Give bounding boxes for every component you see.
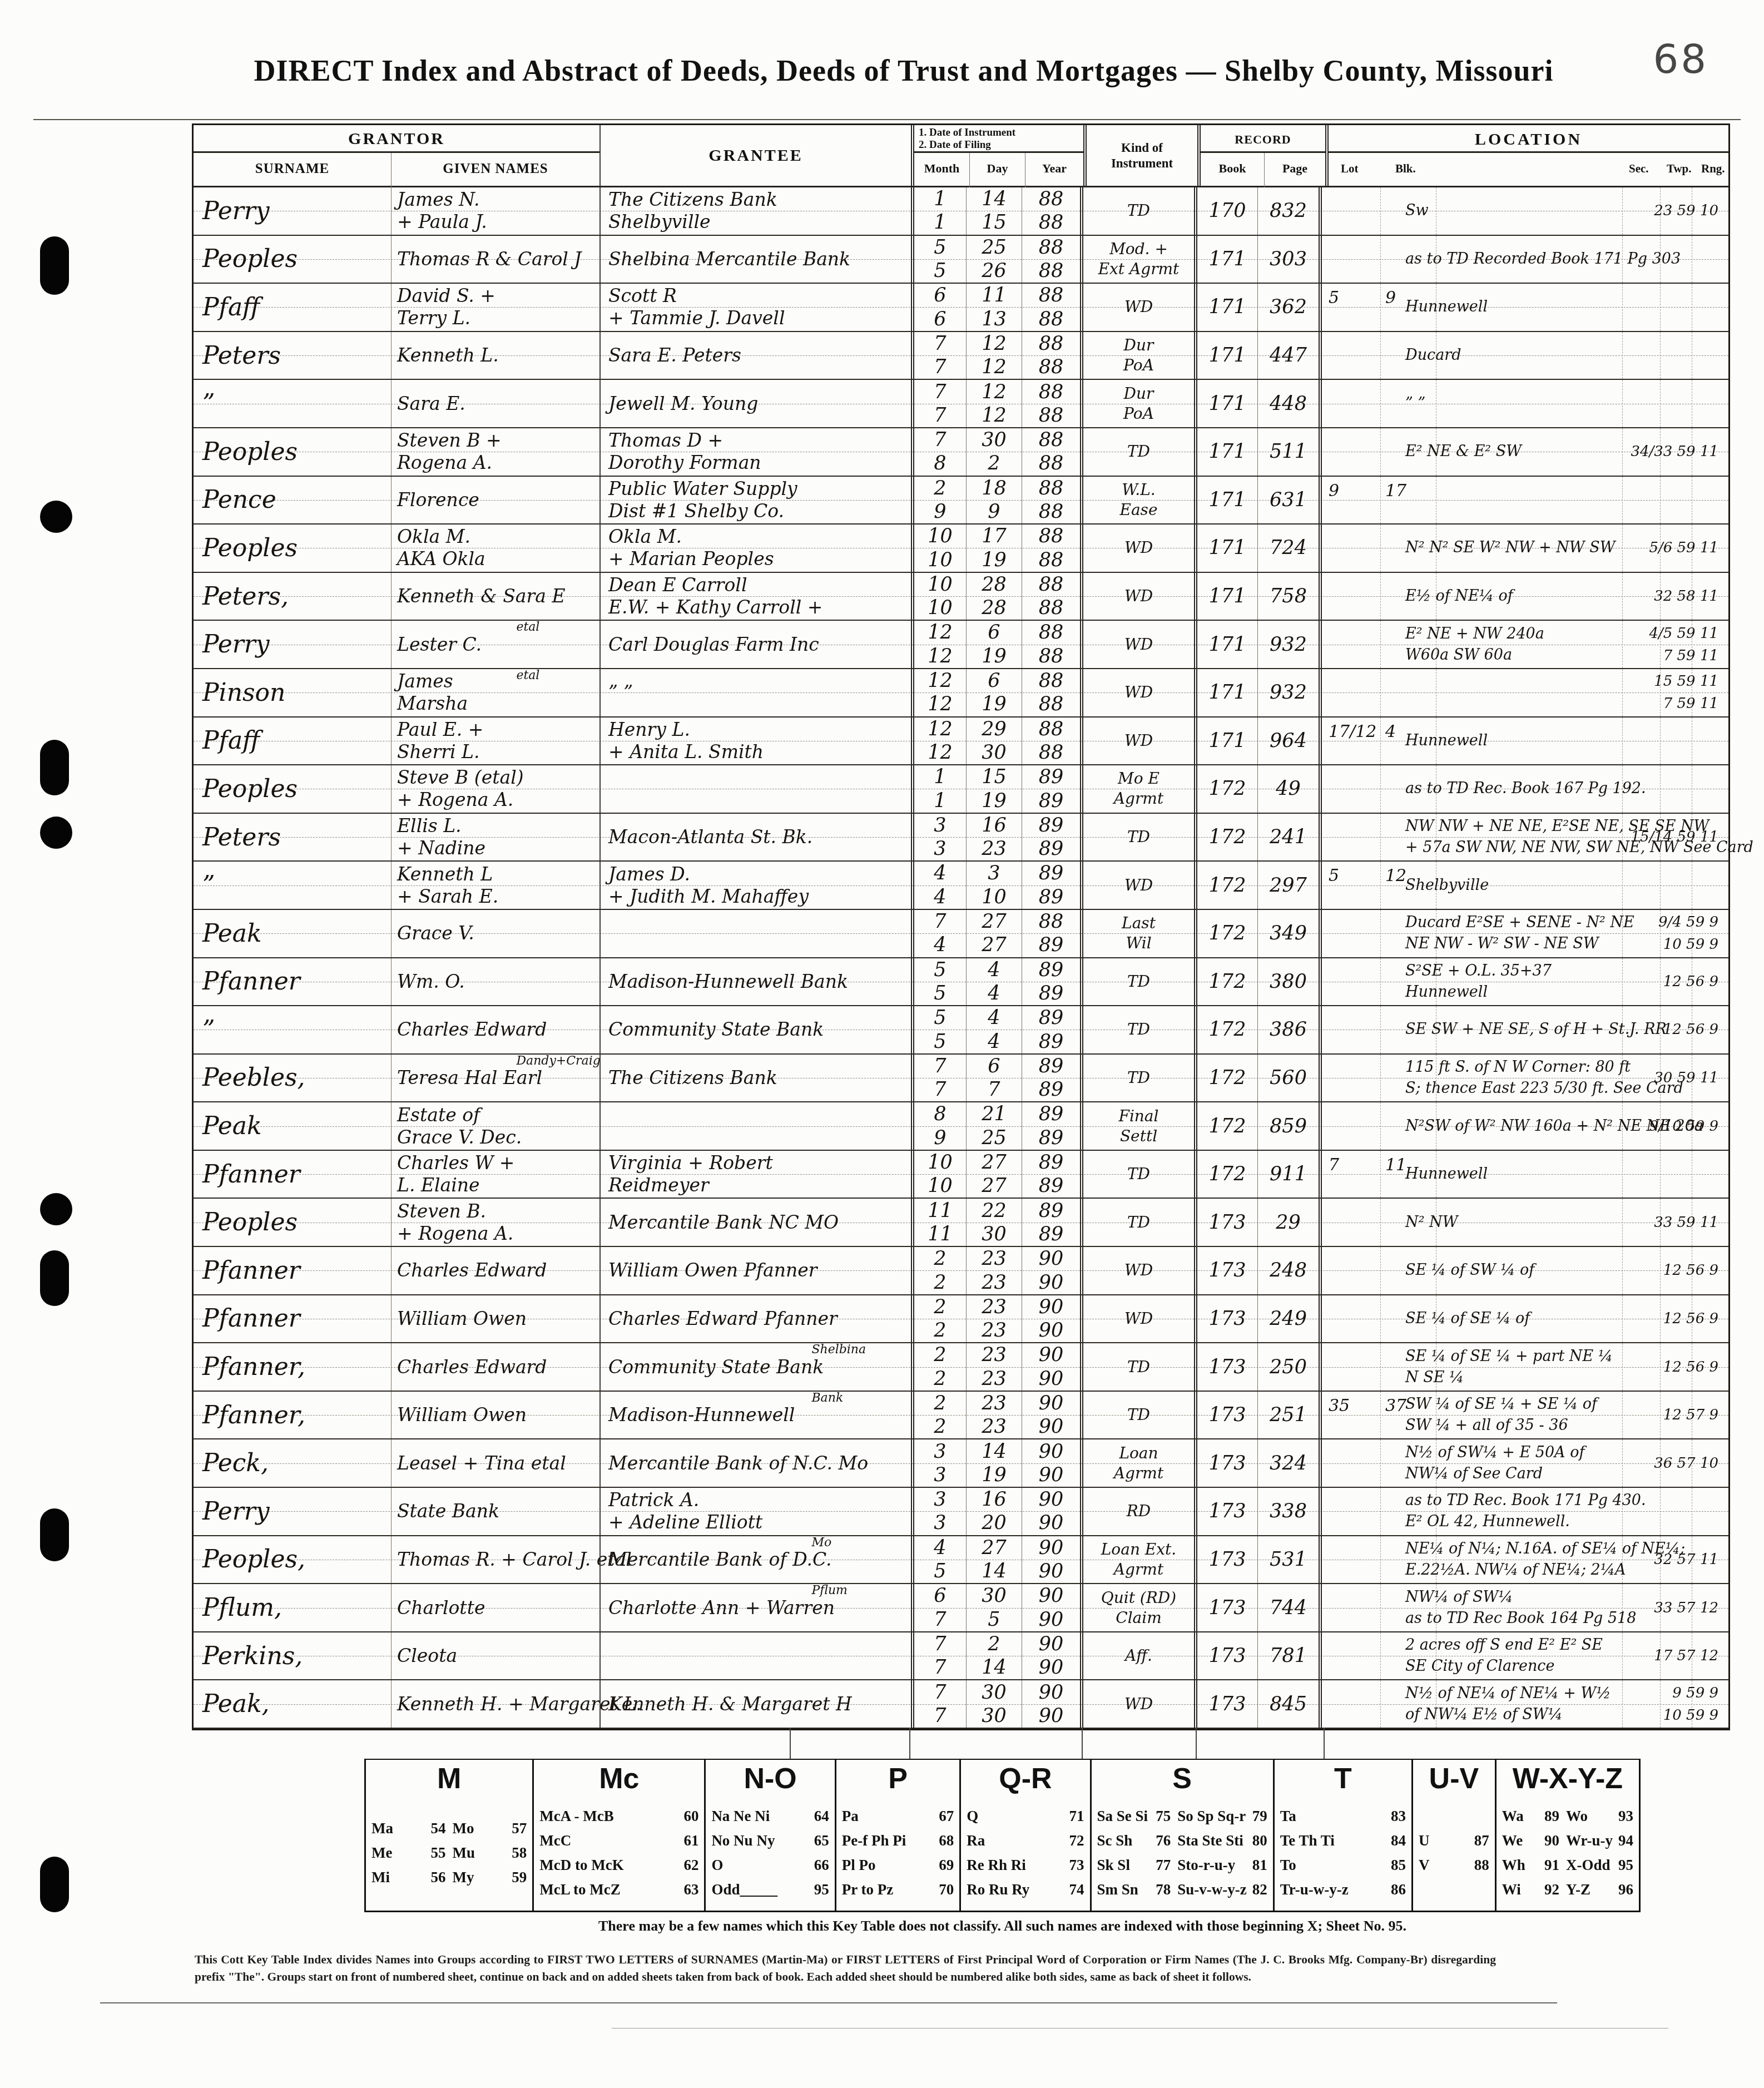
kind-line: WD	[1124, 1309, 1153, 1329]
date-day: 27 14	[966, 1536, 1022, 1584]
blk-location-divider	[1436, 380, 1436, 427]
date-day: 30 30	[966, 1680, 1022, 1728]
day-filing: 23	[967, 1367, 1022, 1391]
grantor-given-line1: Okla M.	[397, 526, 599, 548]
key-entry-number: 95	[814, 1877, 829, 1902]
day-filing: 23	[967, 837, 1022, 860]
key-group-title: S	[1097, 1762, 1267, 1795]
date-day: 27 27	[966, 1151, 1022, 1198]
location-sec-divider	[1622, 718, 1623, 765]
key-entry: Ta83	[1280, 1804, 1406, 1828]
key-entry: My59	[453, 1865, 527, 1889]
record-page: 362	[1257, 284, 1319, 331]
date-month: 2 2	[911, 1392, 966, 1439]
sec-twp-rng-values: 9 59 910 59 9	[1663, 1680, 1718, 1728]
date-month: 2 2	[911, 1343, 966, 1391]
sec-twp-rng-values: 34/33 59 11	[1631, 428, 1718, 476]
loc-line: NW¼ of See Card	[1405, 1463, 1584, 1485]
day-filing: 19	[967, 692, 1022, 716]
grantee-line2: + Tammie J. Davell	[608, 307, 911, 329]
month-filing: 12	[914, 741, 966, 764]
month-filing: 3	[914, 1511, 966, 1535]
year-filing: 89	[1022, 837, 1080, 860]
grantor-note: Dandy+Craig	[516, 1055, 600, 1068]
grantor-surname: Pfanner	[194, 958, 391, 1006]
key-entry-label: Sm Sn	[1097, 1877, 1138, 1902]
kind-line: WD	[1124, 586, 1153, 606]
key-group: T Ta83Te Th Ti84To85Tr-u-w-y-z86	[1273, 1760, 1411, 1911]
grantor-given-line2: Grace V. Dec.	[397, 1126, 599, 1149]
kind-line: WD	[1124, 731, 1153, 751]
location-text: Hunnewell	[1405, 718, 1488, 765]
year-filing: 88	[1022, 645, 1080, 668]
key-group-columns: Pa67Pe-f Ph Pi68Pl Po69Pr to Pz70	[842, 1795, 954, 1909]
key-table-groups: M Ma54Me55Mi56Mo57Mu58My59 Mc McA - McB6…	[364, 1759, 1641, 1912]
date-month: 10 10	[911, 573, 966, 620]
loc-line: as to TD Rec. Book 167 Pg 192.	[1405, 778, 1646, 799]
year-filing: 90	[1022, 1319, 1080, 1342]
grantee-line2: Dist #1 Shelby Co.	[608, 500, 911, 522]
lot-blk-divider	[1380, 958, 1381, 1006]
sec-line: 5/6 59 11	[1649, 537, 1718, 559]
grantee: Virginia + Robert Reidmeyer	[599, 1151, 911, 1198]
location-sec-divider	[1622, 958, 1623, 1006]
day-instrument: 3	[967, 862, 1022, 885]
location-area: ” ”	[1319, 380, 1722, 427]
day-filing: 23	[967, 1319, 1022, 1342]
grantor-given-line1: Charlotte	[397, 1597, 599, 1619]
key-entry-number: 80	[1252, 1828, 1267, 1853]
key-group: S Sa Se Si75Sc Sh76Sk Sl77Sm Sn78So Sp S…	[1090, 1760, 1273, 1911]
location-text: N½ of SW¼ + E 50A ofNW¼ of See Card	[1405, 1439, 1584, 1487]
record-page: 932	[1257, 621, 1319, 668]
lot-value: 35	[1329, 1396, 1350, 1416]
loc-line: E² NE + NW 240a	[1405, 624, 1544, 645]
key-entry-number: 57	[512, 1816, 527, 1840]
header-kind-line1: Kind of	[1121, 140, 1163, 156]
grantor-given-names: Steve B (etal) + Rogena A.	[391, 765, 599, 813]
grantee: Okla M. + Marian Peoples	[599, 525, 911, 572]
grantee-line1: Macon-Atlanta St. Bk.	[608, 826, 911, 848]
grantor-surname: ”	[194, 862, 391, 909]
key-entry-number: 89	[1544, 1804, 1559, 1828]
year-instrument: 88	[1022, 380, 1080, 403]
grantor-surname: Peebles,	[194, 1055, 391, 1102]
loc-line: N½ of SW¼ + E 50A of	[1405, 1442, 1584, 1463]
grantor-surname: ”	[194, 1006, 391, 1053]
grantor-given-line2: Marsha	[397, 692, 599, 715]
location-area: as to TD Rec. Book 171 Pg 430.E² OL 42, …	[1319, 1488, 1722, 1535]
key-entry: To85	[1280, 1853, 1406, 1877]
key-entry: Re Rh Ri73	[967, 1853, 1084, 1877]
header-date-line2: 2. Date of Filing	[919, 139, 1083, 151]
kind-of-instrument: TD	[1080, 814, 1194, 861]
day-filing: 25	[967, 1126, 1022, 1150]
key-entry-label: Pe-f Ph Pi	[842, 1828, 906, 1853]
sec-line: 12 56 9	[1663, 1356, 1718, 1378]
header-dates-group: 1. Date of Instrument 2. Date of Filing …	[911, 125, 1083, 186]
loc-line: as to TD Rec Book 164 Pg 518	[1405, 1608, 1636, 1629]
year-instrument: 90	[1022, 1632, 1080, 1656]
grantee-line2: E.W. + Kathy Carroll +	[608, 596, 911, 619]
date-year: 88 88	[1022, 428, 1080, 476]
grantee-line1: Henry L.	[608, 719, 911, 741]
grantee: Shelbina Mercantile Bank	[599, 236, 911, 283]
day-instrument: 4	[967, 958, 1022, 982]
sheet-number: 68	[1653, 36, 1708, 82]
grantee-line1: Shelbina Mercantile Bank	[608, 248, 911, 270]
record-page: 911	[1257, 1151, 1319, 1198]
grantor-surname: Perry	[194, 1488, 391, 1535]
location-sec-divider	[1622, 1151, 1623, 1198]
hole-punch-mark	[40, 740, 69, 795]
date-month: 12 12	[911, 669, 966, 716]
key-entry-label: O	[711, 1853, 723, 1877]
table-row: Pfaff David S. + Terry L. Scott R + Tamm…	[194, 284, 1728, 332]
kind-line: Dur	[1124, 384, 1154, 404]
grantee: Community State Bank	[599, 1006, 911, 1053]
day-instrument: 17	[967, 525, 1022, 548]
table-row: Pfanner Charles W + L. Elaine Virginia +…	[194, 1151, 1728, 1199]
key-entry-number: 79	[1252, 1804, 1267, 1828]
key-entry-label: Y-Z	[1566, 1877, 1590, 1902]
date-year: 88 88	[1022, 332, 1080, 379]
kind-of-instrument: TD	[1080, 428, 1194, 476]
lot-blk-divider	[1380, 525, 1381, 572]
day-filing: 14	[967, 1656, 1022, 1679]
kind-line: TD	[1127, 1405, 1150, 1425]
grantee-line1: Madison-Hunnewell Bank	[608, 971, 911, 993]
key-entry-number: 96	[1618, 1877, 1633, 1902]
date-month: 4 4	[911, 862, 966, 909]
grantor-note: etal	[516, 621, 539, 634]
date-day: 25 26	[966, 236, 1022, 283]
blk-location-divider	[1436, 669, 1436, 716]
sec-twp-rng-values: 33 57 12	[1654, 1584, 1718, 1631]
grantor-given-names: Charles Edward	[391, 1247, 599, 1294]
key-entry: Wa89	[1502, 1804, 1559, 1828]
header-grantor: GRANTOR	[194, 125, 599, 153]
location-area: NW NW + NE NE, E²SE NE, SE SE NW+ 57a SW…	[1319, 814, 1722, 861]
record-page: 251	[1257, 1392, 1319, 1439]
day-instrument: 28	[967, 573, 1022, 596]
kind-line: Loan	[1119, 1443, 1158, 1463]
key-entry: McC61	[539, 1828, 698, 1853]
sec-twp-divider	[1660, 1392, 1661, 1439]
date-year: 88 88	[1022, 477, 1080, 524]
grantor-given-names: David S. + Terry L.	[391, 284, 599, 331]
key-entry-number: 82	[1252, 1877, 1267, 1902]
key-entry-number: 92	[1544, 1877, 1559, 1902]
month-filing: 10	[914, 596, 966, 620]
day-instrument: 2	[967, 1632, 1022, 1656]
kind-line: Aff.	[1125, 1646, 1152, 1666]
kind-of-instrument: WD	[1080, 525, 1194, 572]
grantee-line2: + Anita L. Smith	[608, 741, 911, 763]
header-record: RECORD	[1201, 125, 1325, 153]
header-book: Book	[1201, 153, 1264, 187]
key-table-note: There may be a few names which this Key …	[364, 1918, 1641, 1934]
location-sec-divider	[1622, 1632, 1623, 1680]
date-day: 16 20	[966, 1488, 1022, 1535]
twp-rng-divider	[1692, 380, 1692, 427]
location-text: Ducard	[1405, 332, 1461, 379]
key-entry-label: Ro Ru Ry	[967, 1877, 1029, 1902]
grantor-surname: Pfanner	[194, 1151, 391, 1198]
loc-line: E.22½A. NW¼ of NE¼; 2¼A	[1405, 1560, 1685, 1581]
table-row: Peak, Kenneth H. + Margaret L. Kenneth H…	[194, 1680, 1728, 1729]
year-instrument: 88	[1022, 477, 1080, 500]
table-row: Peoples Steve B (etal) + Rogena A. 1 1 1…	[194, 765, 1728, 814]
key-entry: So Sp Sq-r79	[1177, 1804, 1267, 1828]
day-instrument: 30	[967, 1584, 1022, 1607]
header-kind-line2: Instrument	[1111, 156, 1173, 171]
grantor-given-names: Sara E.	[391, 380, 599, 427]
date-year: 88 88	[1022, 669, 1080, 716]
date-month: 7 7	[911, 1680, 966, 1728]
grantor-surname: Peoples	[194, 236, 391, 283]
kind-of-instrument: WD	[1080, 862, 1194, 909]
key-group-columns: Ma54Me55Mi56Mo57Mu58My59	[371, 1795, 527, 1909]
day-instrument: 23	[967, 1295, 1022, 1319]
grantor-given-line1: Paul E. +	[397, 719, 599, 741]
record-page: 531	[1257, 1536, 1319, 1584]
day-instrument: 6	[967, 621, 1022, 644]
year-instrument: 89	[1022, 1102, 1080, 1126]
sec-twp-divider	[1660, 1247, 1661, 1294]
location-sec-divider	[1622, 477, 1623, 524]
key-entry-number: 85	[1391, 1853, 1406, 1877]
grantor-given-line1: Kenneth & Sara E	[397, 585, 599, 607]
location-sec-divider	[1622, 1343, 1623, 1391]
date-day: 14 19	[966, 1439, 1022, 1487]
grantor-given-line1: Leasel + Tina etal	[397, 1452, 599, 1475]
key-entry: Ra72	[967, 1828, 1084, 1853]
date-day: 3 10	[966, 862, 1022, 909]
key-entry-number: 65	[814, 1828, 829, 1853]
grantee-line2: + Adeline Elliott	[608, 1511, 911, 1533]
record-book: 172	[1194, 1102, 1257, 1150]
header-sec: Sec.	[1629, 153, 1649, 184]
header-date-line1: 1. Date of Instrument	[919, 127, 1083, 139]
kind-line: TD	[1127, 201, 1150, 221]
key-entry-number: 94	[1618, 1828, 1633, 1853]
key-entry: No Nu Ny65	[711, 1828, 829, 1853]
grantor-given-line1: Steven B +	[397, 429, 599, 452]
record-book: 173	[1194, 1343, 1257, 1391]
grantor-given-names: William Owen	[391, 1392, 599, 1439]
month-filing: 4	[914, 885, 966, 909]
table-row: Peak Estate of Grace V. Dec. 8 9 21 25 8…	[194, 1102, 1728, 1151]
key-column: Pa67Pe-f Ph Pi68Pl Po69Pr to Pz70	[842, 1795, 954, 1909]
date-year: 90 90	[1022, 1295, 1080, 1343]
date-day: 4 4	[966, 1006, 1022, 1053]
record-book: 171	[1194, 380, 1257, 427]
date-day: 23 23	[966, 1392, 1022, 1439]
grantor-given-names: Grace V.	[391, 910, 599, 957]
lot-blk-divider	[1380, 862, 1381, 909]
header-given-names: GIVEN NAMES	[391, 153, 599, 187]
key-entry: Pr to Pz70	[842, 1877, 954, 1902]
grantor-given-line2: + Nadine	[397, 837, 599, 859]
location-area: NW¼ of SW¼as to TD Rec Book 164 Pg 518 3…	[1319, 1584, 1722, 1631]
year-instrument: 88	[1022, 332, 1080, 355]
key-entry-label: Tr-u-w-y-z	[1280, 1877, 1349, 1902]
blk-value: 11	[1385, 1155, 1406, 1175]
grantor-given-line1: State Bank	[397, 1500, 599, 1522]
sec-twp-divider	[1660, 1151, 1661, 1198]
grantor-surname: Peters	[194, 814, 391, 861]
record-book: 170	[1194, 187, 1257, 235]
day-filing: 7	[967, 1078, 1022, 1101]
kind-of-instrument: TD	[1080, 1199, 1194, 1246]
grantor-given-line2: + Paula J.	[397, 211, 599, 233]
location-area: NE¼ of N¼; N.16A. of SE¼ of NE¼;E.22½A. …	[1319, 1536, 1722, 1584]
sec-line: 10 59 9	[1663, 1704, 1718, 1726]
sec-twp-rng-values: 36 57 10	[1654, 1439, 1718, 1487]
kind-line: Last	[1122, 913, 1156, 933]
kind-of-instrument: TD	[1080, 187, 1194, 235]
year-instrument: 90	[1022, 1680, 1080, 1704]
key-entry-label: Wi	[1502, 1877, 1521, 1902]
grantor-surname: Pinson	[194, 669, 391, 716]
grantor-surname: Peck,	[194, 1439, 391, 1487]
table-row: Perry James N. + Paula J. The Citizens B…	[194, 187, 1728, 236]
date-month: 5 5	[911, 958, 966, 1006]
table-row: Pfanner Wm. O. Madison-Hunnewell Bank 5 …	[194, 958, 1728, 1007]
kind-of-instrument: WD	[1080, 284, 1194, 331]
grantor-given-names: Thomas R. + Carol J. etal	[391, 1536, 599, 1584]
key-entry: Su-v-w-y-z82	[1177, 1877, 1267, 1902]
loc-line: SE ¼ of SW ¼ of	[1405, 1260, 1534, 1281]
record-book: 171	[1194, 621, 1257, 668]
kind-line: Quit (RD)	[1101, 1588, 1176, 1608]
table-row: Pfanner, William Owen Bank Madison-Hunne…	[194, 1392, 1728, 1440]
lot-blk-divider	[1380, 332, 1381, 379]
record-page: 324	[1257, 1439, 1319, 1487]
grantor-given-names: Wm. O.	[391, 958, 599, 1006]
record-book: 171	[1194, 525, 1257, 572]
day-filing: 19	[967, 1463, 1022, 1487]
date-day: 23 23	[966, 1247, 1022, 1294]
grantor-surname: Peoples	[194, 428, 391, 476]
year-instrument: 89	[1022, 1006, 1080, 1030]
month-filing: 3	[914, 1463, 966, 1487]
month-instrument: 2	[914, 1392, 966, 1415]
grantor-given-line1: Lester C.	[397, 634, 599, 656]
date-day: 6 19	[966, 669, 1022, 716]
kind-of-instrument: Aff.	[1080, 1632, 1194, 1680]
loc-line: NW¼ of SW¼	[1405, 1587, 1636, 1608]
day-instrument: 23	[967, 1343, 1022, 1367]
grantor-given-names: Charles Edward	[391, 1006, 599, 1053]
key-entry: Mo57	[453, 1816, 527, 1840]
key-entry: U87	[1419, 1828, 1489, 1853]
key-entry-label: Wh	[1502, 1853, 1525, 1877]
kind-of-instrument: Loan Ext.Agrmt	[1080, 1536, 1194, 1584]
day-instrument: 25	[967, 236, 1022, 259]
location-area: E½ of NE¼ of 32 58 11	[1319, 573, 1722, 620]
month-filing: 2	[914, 1270, 966, 1294]
grantor-surname: Pence	[194, 477, 391, 524]
key-entry: McD to McK62	[539, 1853, 698, 1877]
location-sec-divider	[1622, 1439, 1623, 1487]
blk-value: 4	[1385, 722, 1396, 741]
key-group-columns: Wa89We90Wh91Wi92Wo93Wr-u-y94X-Odd95Y-Z96	[1502, 1795, 1633, 1909]
key-entry-label: My	[453, 1865, 474, 1889]
kind-line: WD	[1124, 1694, 1153, 1714]
key-entry-label: Ma	[371, 1816, 393, 1840]
key-column: Ma54Me55Mi56	[371, 1795, 446, 1909]
record-book: 173	[1194, 1247, 1257, 1294]
location-area: SE ¼ of SE ¼ + part NE ¼N SE ¼ 12 56 9	[1319, 1343, 1722, 1391]
grantee-line1: Mercantile Bank of N.C. Mo	[608, 1452, 911, 1475]
day-instrument: 12	[967, 380, 1022, 403]
key-column: McA - McB60McC61McD to McK62McL to McZ63	[539, 1795, 698, 1909]
kind-line: TD	[1127, 1357, 1150, 1377]
kind-line: WD	[1124, 1260, 1153, 1280]
location-text: E² NE + NW 240aW60a SW 60a	[1405, 621, 1544, 668]
twp-rng-divider	[1692, 477, 1692, 524]
key-entry-label: To	[1280, 1853, 1296, 1877]
column-tick	[790, 1728, 791, 1760]
year-filing: 88	[1022, 692, 1080, 716]
sec-line: 7 59 11	[1649, 645, 1718, 667]
key-entry-number: 90	[1544, 1828, 1559, 1853]
record-page: 631	[1257, 477, 1319, 524]
header-blk: Blk.	[1395, 153, 1416, 184]
grantee-line1: Jewell M. Young	[608, 393, 911, 415]
record-book: 171	[1194, 573, 1257, 620]
month-instrument: 2	[914, 1247, 966, 1270]
sec-line: 9/10 59 9	[1649, 1115, 1718, 1137]
lot-blk-divider	[1380, 669, 1381, 716]
grantor-given-line1: Kenneth H. + Margaret L.	[397, 1693, 599, 1715]
sec-line: 12 56 9	[1663, 971, 1718, 993]
day-instrument: 22	[967, 1199, 1022, 1222]
lot-value: 17/12	[1329, 722, 1376, 741]
location-sec-divider	[1622, 380, 1623, 427]
record-page: 248	[1257, 1247, 1319, 1294]
location-area: 9 17	[1319, 477, 1722, 524]
twp-rng-divider	[1692, 1488, 1692, 1535]
grantor-surname: Pfanner	[194, 1247, 391, 1294]
record-book: 172	[1194, 1055, 1257, 1102]
grantee: Charles Edward Pfanner	[599, 1295, 911, 1343]
month-filing: 4	[914, 933, 966, 957]
kind-of-instrument: RD	[1080, 1488, 1194, 1535]
kind-line: TD	[1127, 1213, 1150, 1233]
date-year: 88 88	[1022, 236, 1080, 283]
grantor-given-line1: Grace V.	[397, 922, 599, 944]
sec-line: 32 57 11	[1654, 1548, 1718, 1571]
date-year: 90 90	[1022, 1247, 1080, 1294]
grantee-line1: Virginia + Robert	[608, 1152, 911, 1174]
month-instrument: 8	[914, 1102, 966, 1126]
grantor-surname: Peters,	[194, 573, 391, 620]
sec-twp-rng-values: 12 56 9	[1663, 1343, 1718, 1391]
location-sec-divider	[1622, 573, 1623, 620]
lot-blk-divider	[1380, 284, 1381, 331]
location-text: N² N² SE W² NW + NW SW	[1405, 525, 1615, 572]
key-entry-number: 87	[1474, 1828, 1489, 1853]
sec-line: 9 59 9	[1663, 1682, 1718, 1704]
year-filing: 90	[1022, 1511, 1080, 1535]
day-instrument: 16	[967, 1488, 1022, 1511]
day-filing: 13	[967, 307, 1022, 330]
kind-of-instrument: TD	[1080, 1151, 1194, 1198]
lot-blk-divider	[1380, 910, 1381, 957]
